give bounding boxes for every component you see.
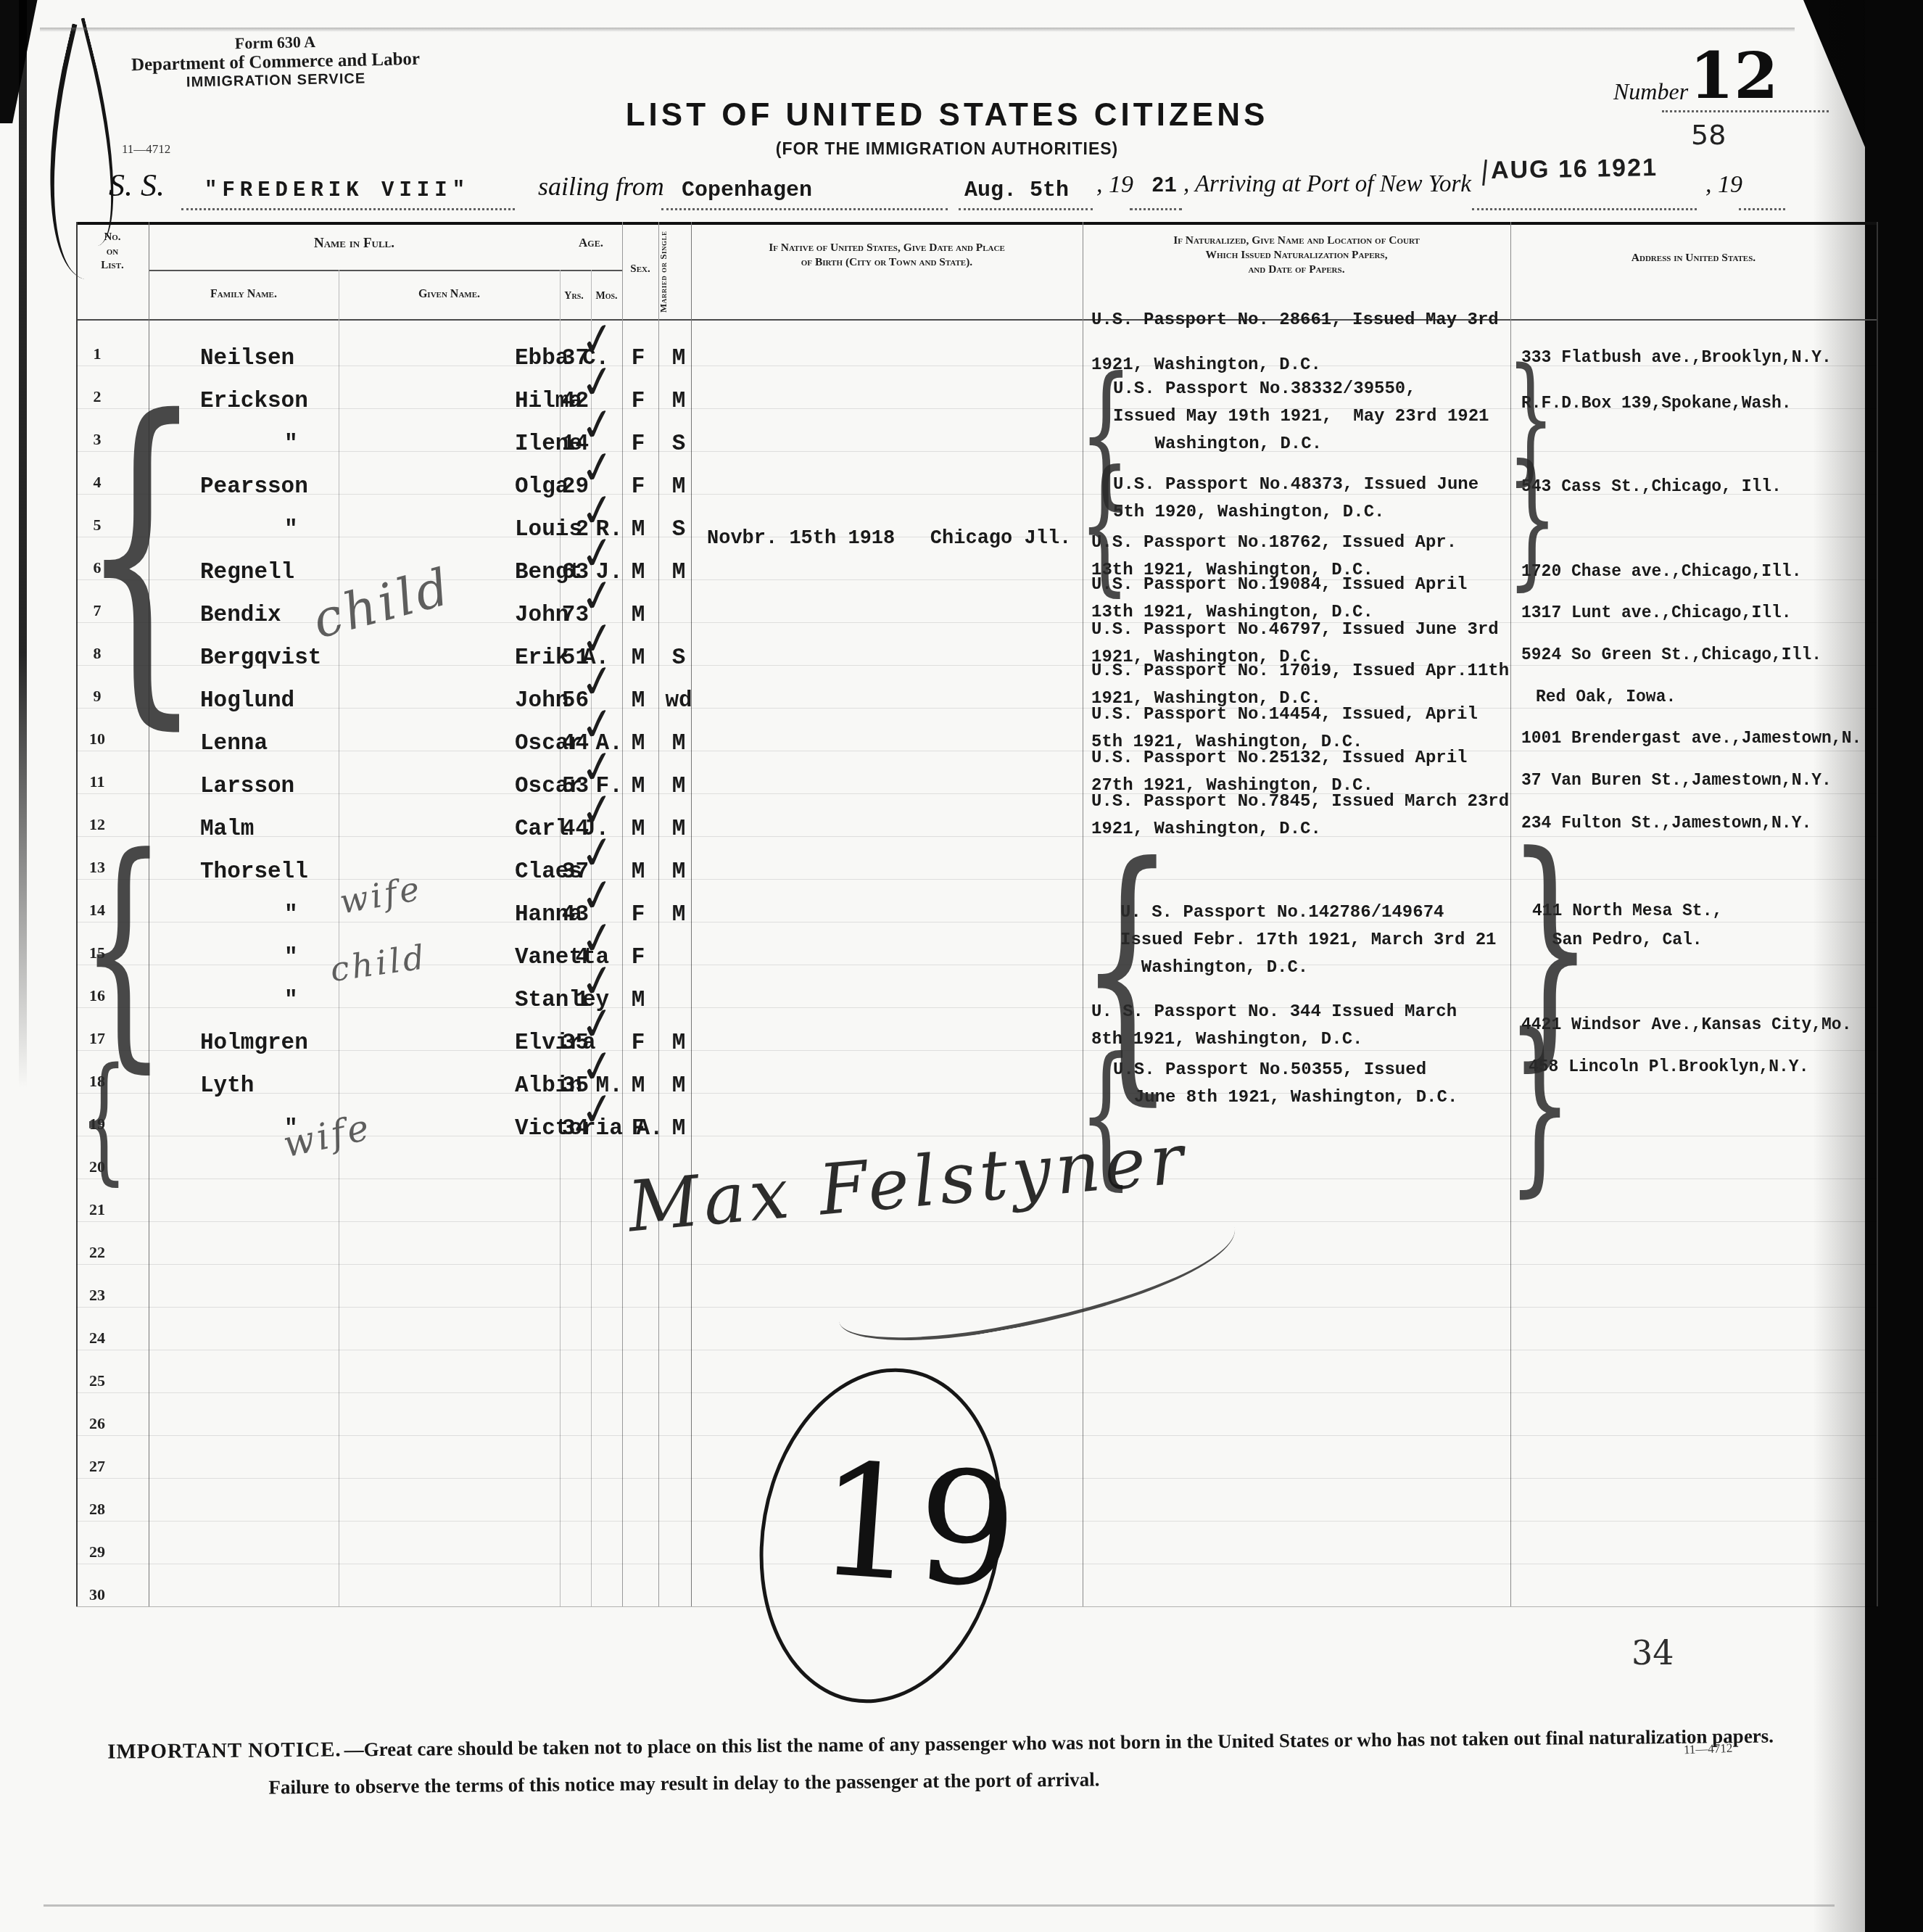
passport-entry-line: U.S. Passport No.38332/39550, bbox=[1113, 379, 1416, 399]
passport-entry-line: U.S. Passport No.19084, Issued April bbox=[1091, 575, 1467, 595]
list-number: 29 bbox=[74, 1543, 120, 1561]
passport-entry-line: Issued Febr. 17th 1921, March 3rd 21 bbox=[1120, 930, 1496, 950]
table-row-line bbox=[76, 708, 1877, 709]
passport-entry-line: 5th 1920, Washington, D.C. bbox=[1113, 503, 1384, 522]
address-entry-line: 1720 Chase ave.,Chicago,Ill. bbox=[1521, 562, 1801, 581]
sex-value: M bbox=[621, 1073, 656, 1099]
handwritten-annotation: child bbox=[307, 556, 458, 650]
list-number: 21 bbox=[74, 1200, 120, 1219]
marital-status-value: S bbox=[657, 517, 700, 542]
list-number: 23 bbox=[74, 1286, 120, 1305]
table-row-line bbox=[76, 1392, 1877, 1393]
handwritten-annotation: child bbox=[328, 937, 429, 989]
address-entry-line: Red Oak, Iowa. bbox=[1536, 688, 1676, 706]
table-row-line bbox=[76, 879, 1877, 880]
form-code-bottom-right: 11—4712 bbox=[1684, 1741, 1733, 1757]
circled-count-value: 19 bbox=[812, 1428, 1022, 1623]
marital-status-value: M bbox=[657, 774, 700, 799]
sex-value: M bbox=[621, 603, 656, 628]
marital-status-value: S bbox=[657, 645, 700, 671]
family-name: Holmgren bbox=[200, 1031, 308, 1056]
passport-entry-line: 13th 1921, Washington, D.C. bbox=[1091, 603, 1373, 622]
table-row-line bbox=[76, 1050, 1877, 1051]
sex-value: F bbox=[621, 945, 656, 970]
table-row-line bbox=[76, 922, 1877, 922]
family-name: " bbox=[284, 988, 298, 1013]
sex-value: M bbox=[621, 688, 656, 714]
list-number: 28 bbox=[74, 1500, 120, 1519]
family-name: Neilsen bbox=[200, 346, 294, 371]
list-number: 11 bbox=[74, 772, 120, 791]
table-row-line bbox=[76, 1007, 1877, 1008]
sex-value: M bbox=[621, 731, 656, 756]
family-name: " bbox=[284, 432, 298, 457]
table-row-line bbox=[76, 451, 1877, 452]
address-entry-line: 1317 Lunt ave.,Chicago,Ill. bbox=[1521, 603, 1792, 622]
table-row-line bbox=[76, 665, 1877, 666]
sex-value: F bbox=[621, 902, 656, 928]
sex-value: F bbox=[621, 1031, 656, 1056]
table-row-line bbox=[76, 793, 1877, 794]
birth-entry: Novbr. 15th 1918 Chicago Jll. bbox=[707, 528, 1071, 550]
handwritten-brace: } bbox=[1507, 458, 1558, 580]
marital-status-value: wd bbox=[657, 688, 700, 714]
table-row-line bbox=[76, 1221, 1877, 1222]
family-name: Malm bbox=[200, 817, 254, 842]
handwritten-annotation: wife bbox=[336, 868, 425, 921]
handwritten-brace: { bbox=[80, 405, 203, 700]
family-name: Bergqvist bbox=[200, 645, 321, 671]
list-number: 30 bbox=[74, 1585, 120, 1604]
sex-value: M bbox=[621, 774, 656, 799]
sex-value: M bbox=[621, 560, 656, 585]
address-entry-line: 5924 So Green St.,Chicago,Ill. bbox=[1521, 645, 1821, 664]
sex-value: M bbox=[621, 817, 656, 842]
marital-status-value: M bbox=[657, 560, 700, 585]
sex-value: M bbox=[621, 859, 656, 885]
marital-status-value: M bbox=[657, 1031, 700, 1056]
family-name: Thorsell bbox=[200, 859, 308, 885]
marital-status-value: M bbox=[657, 346, 700, 371]
passport-entry-line: U.S. Passport No. 28661, Issued May 3rd bbox=[1091, 310, 1499, 330]
marital-status-value: M bbox=[657, 1073, 700, 1099]
bottom-page-number: 34 bbox=[1632, 1633, 1674, 1672]
family-name: Bendix bbox=[200, 603, 281, 628]
address-entry-line: R.F.D.Box 139,Spokane,Wash. bbox=[1521, 394, 1792, 413]
sex-value: F bbox=[621, 1116, 656, 1142]
handwritten-brace: { bbox=[80, 845, 167, 1052]
passport-entry-line: U.S. Passport No.14454, Issued, April bbox=[1091, 705, 1478, 724]
address-entry-line: 333 Flatbush ave.,Brooklyn,N.Y. bbox=[1521, 348, 1832, 367]
sex-value: F bbox=[621, 389, 656, 414]
sex-value: F bbox=[621, 432, 656, 457]
sex-value: F bbox=[621, 346, 656, 371]
passport-entry-line: U.S. Passport No.46797, Issued June 3rd bbox=[1091, 620, 1499, 640]
checkmark-icon: ✓ bbox=[577, 1081, 618, 1138]
marital-status-value: M bbox=[657, 902, 700, 928]
manifest-sheet: Form 630 A Department of Commerce and La… bbox=[0, 0, 1923, 1932]
address-entry-line: 37 Van Buren St.,Jamestown,N.Y. bbox=[1521, 771, 1832, 790]
handwritten-brace: } bbox=[1507, 1025, 1573, 1183]
passport-entry-line: U.S. Passport No.18762, Issued Apr. bbox=[1091, 533, 1457, 553]
list-number: 26 bbox=[74, 1414, 120, 1433]
marital-status-value: M bbox=[657, 1116, 700, 1142]
family-name: Lenna bbox=[200, 731, 268, 756]
marital-status-value: S bbox=[657, 432, 700, 457]
table-row-line bbox=[76, 1350, 1877, 1350]
handwritten-annotation: wife bbox=[279, 1106, 375, 1165]
sex-value: M bbox=[621, 517, 656, 542]
address-entry-line: 543 Cass St.,Chicago, Ill. bbox=[1521, 477, 1782, 496]
list-number: 24 bbox=[74, 1329, 120, 1347]
family-name: " bbox=[284, 517, 298, 542]
list-number: 25 bbox=[74, 1371, 120, 1390]
passport-entry-line: U.S. Passport No.25132, Issued April bbox=[1091, 748, 1467, 768]
table-row-line bbox=[76, 836, 1877, 837]
sex-value: F bbox=[621, 474, 656, 500]
family-name: " bbox=[284, 945, 298, 970]
sex-value: M bbox=[621, 988, 656, 1013]
marital-status-value: M bbox=[657, 474, 700, 500]
family-name: Pearsson bbox=[200, 474, 308, 500]
address-entry-line: 1001 Brendergast ave.,Jamestown,N. bbox=[1521, 729, 1861, 748]
passport-entry-line: U.S. Passport No.48373, Issued June bbox=[1113, 475, 1479, 495]
age-yrs: 34 bbox=[534, 1116, 589, 1142]
passport-entry-line: U.S. Passport No. 17019, Issued Apr.11th bbox=[1091, 661, 1509, 681]
family-name: " bbox=[284, 902, 298, 928]
family-name: Larsson bbox=[200, 774, 294, 799]
marital-status-value: M bbox=[657, 731, 700, 756]
handwritten-brace: { bbox=[1079, 464, 1130, 586]
marital-status-value: M bbox=[657, 859, 700, 885]
handwritten-brace: { bbox=[80, 1061, 128, 1176]
family-name: Hoglund bbox=[200, 688, 294, 714]
family-name: Lyth bbox=[200, 1073, 254, 1099]
notice-label: IMPORTANT NOTICE. bbox=[107, 1738, 342, 1764]
list-number: 27 bbox=[74, 1457, 120, 1476]
family-name: Erickson bbox=[200, 389, 308, 414]
marital-status-value: M bbox=[657, 817, 700, 842]
table-row-line bbox=[76, 1093, 1877, 1094]
family-name: Regnell bbox=[200, 560, 294, 585]
list-number: 22 bbox=[74, 1243, 120, 1262]
table-row-line bbox=[76, 751, 1877, 751]
sex-value: M bbox=[621, 645, 656, 671]
passport-entry-line: Washington, D.C. bbox=[1113, 434, 1322, 454]
marital-status-value: M bbox=[657, 389, 700, 414]
passport-entry-line: Issued May 19th 1921, May 23rd 1921 bbox=[1113, 407, 1489, 426]
